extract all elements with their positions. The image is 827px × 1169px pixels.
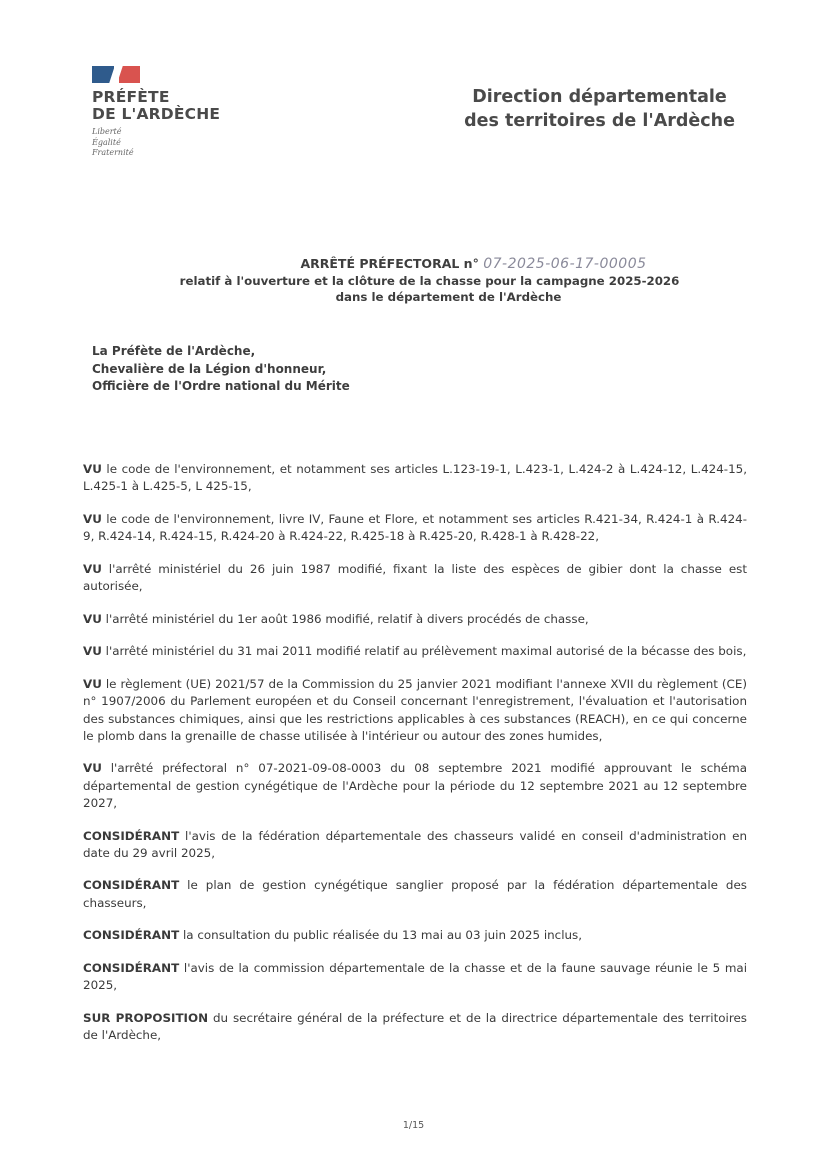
- recital-text: le règlement (UE) 2021/57 de la Commissi…: [83, 677, 747, 743]
- recital-lead: CONSIDÉRANT: [83, 961, 179, 975]
- recital-text: l'avis de la commission départementale d…: [83, 961, 747, 992]
- recital-text: la consultation du public réalisée du 13…: [179, 928, 582, 942]
- recital-lead: VU: [83, 512, 102, 526]
- recital-text: l'arrêté ministériel du 26 juin 1987 mod…: [83, 562, 747, 593]
- recital-paragraph: SUR PROPOSITION du secrétaire général de…: [83, 1010, 747, 1044]
- decree-subtitle-2: dans le département de l'Ardèche: [0, 289, 827, 305]
- recital-paragraph: VU l'arrêté ministériel du 1er août 1986…: [83, 611, 747, 628]
- decree-subtitle: relatif à l'ouverture et la clôture de l…: [0, 273, 827, 289]
- recital-lead: VU: [83, 761, 102, 775]
- recital-text: le plan de gestion cynégétique sanglier …: [83, 878, 747, 909]
- french-flag-icon: [92, 66, 140, 83]
- prefecture-logo: PRÉFÈTE DE L'ARDÈCHE Liberté Égalité Fra…: [92, 66, 220, 159]
- recital-lead: VU: [83, 562, 102, 576]
- recital-paragraph: CONSIDÉRANT la consultation du public ré…: [83, 927, 747, 944]
- prefecture-name: PRÉFÈTE DE L'ARDÈCHE: [92, 89, 220, 123]
- recital-text: l'arrêté préfectoral n° 07-2021-09-08-00…: [83, 761, 747, 809]
- recital-paragraph: VU l'arrêté ministériel du 31 mai 2011 m…: [83, 643, 747, 660]
- recital-text: l'avis de la fédération départementale d…: [83, 829, 747, 860]
- handwritten-decree-number: 07-2025-06-17-00005: [483, 256, 646, 272]
- recital-paragraph: VU l'arrêté ministériel du 26 juin 1987 …: [83, 561, 747, 595]
- recital-lead: VU: [83, 677, 102, 691]
- recital-lead: CONSIDÉRANT: [83, 878, 179, 892]
- republic-motto: Liberté Égalité Fraternité: [92, 127, 220, 159]
- recital-lead: SUR PROPOSITION: [83, 1011, 208, 1025]
- recital-paragraph: CONSIDÉRANT l'avis de la commission dépa…: [83, 960, 747, 994]
- issuing-direction: Direction départementale des territoires…: [464, 85, 735, 133]
- recital-paragraph: VU l'arrêté préfectoral n° 07-2021-09-08…: [83, 760, 747, 812]
- recital-lead: CONSIDÉRANT: [83, 829, 179, 843]
- recital-paragraph: CONSIDÉRANT le plan de gestion cynégétiq…: [83, 877, 747, 911]
- recital-lead: VU: [83, 462, 102, 476]
- recital-text: le code de l'environnement, et notamment…: [83, 462, 747, 493]
- decree-body: VU le code de l'environnement, et notamm…: [83, 461, 747, 1060]
- decree-number-line: ARRÊTÉ PRÉFECTORAL n° 07-2025-06-17-0000…: [0, 255, 827, 273]
- decree-title: ARRÊTÉ PRÉFECTORAL n° 07-2025-06-17-0000…: [0, 255, 827, 305]
- recital-text: l'arrêté ministériel du 31 mai 2011 modi…: [102, 644, 747, 658]
- recital-paragraph: VU le code de l'environnement, et notamm…: [83, 461, 747, 495]
- recital-text: l'arrêté ministériel du 1er août 1986 mo…: [102, 612, 589, 626]
- recital-lead: CONSIDÉRANT: [83, 928, 179, 942]
- recital-paragraph: CONSIDÉRANT l'avis de la fédération dépa…: [83, 828, 747, 862]
- recital-paragraph: VU le code de l'environnement, livre IV,…: [83, 511, 747, 545]
- recital-text: le code de l'environnement, livre IV, Fa…: [83, 512, 747, 543]
- recital-paragraph: VU le règlement (UE) 2021/57 de la Commi…: [83, 676, 747, 745]
- recital-lead: VU: [83, 612, 102, 626]
- page-number: 1/15: [0, 1120, 827, 1131]
- prefete-titles: La Préfète de l'Ardèche, Chevalière de l…: [92, 343, 350, 396]
- recital-lead: VU: [83, 644, 102, 658]
